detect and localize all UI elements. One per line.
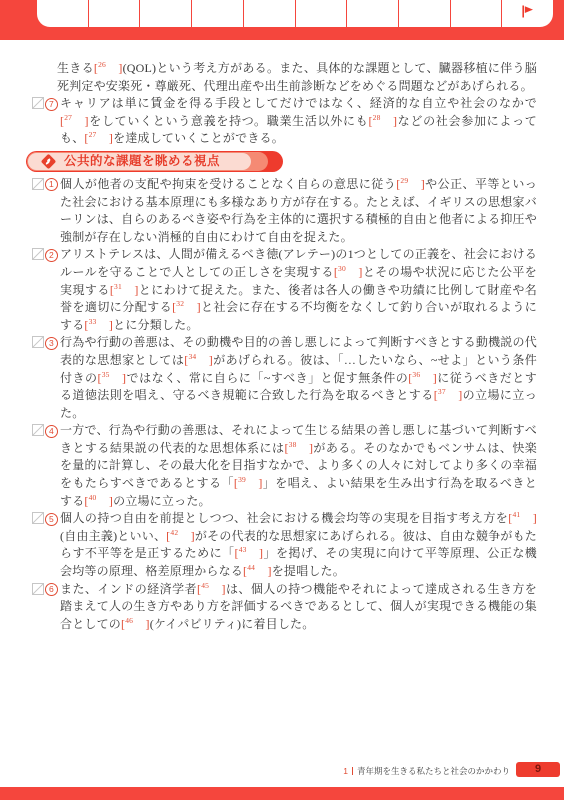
answer-blank: [46 ] — [121, 617, 150, 631]
checkbox-icon[interactable] — [32, 583, 44, 595]
answer-blank: [33 ] — [84, 318, 113, 332]
section-title: 公共的な課題を眺める視点 — [64, 153, 220, 171]
item-number: 5 — [45, 513, 58, 526]
answer-blank: [28 ] — [368, 114, 397, 128]
page-number-tab: 9 — [516, 762, 560, 777]
answer-box — [37, 0, 89, 27]
answer-blank: [41 ] — [508, 511, 537, 525]
checkbox-icon[interactable] — [32, 512, 44, 524]
answer-box — [192, 0, 244, 27]
header-band — [0, 0, 564, 40]
answer-blank: [37 ] — [434, 388, 463, 402]
item-number: 6 — [45, 583, 58, 596]
answer-blank: [39 ] — [234, 476, 263, 490]
answer-blank: [27 ] — [84, 131, 113, 145]
checkbox-icon[interactable] — [32, 178, 44, 190]
answer-box — [296, 0, 348, 27]
answer-blank: [30 ] — [334, 265, 363, 279]
checkbox-icon[interactable] — [32, 97, 44, 109]
answer-box — [244, 0, 296, 27]
item-text: また、インドの経済学者[45 ]は、個人の持つ機能やそれによって達成される生き方… — [60, 582, 537, 631]
content-area: 生きる[26 ](QOL)という考え方がある。また、具体的な課題として、臓器移植… — [32, 60, 537, 633]
list-item: 5 個人の持つ自由を前提としつつ、社会における機会均等の実現を目指す考え方を[4… — [32, 510, 537, 580]
answer-blank: [26 ] — [94, 61, 123, 75]
answer-blank: [32 ] — [172, 300, 201, 314]
item-text: 行為や行動の善悪は、その動機や目的の善し悪しによって判断すべきとする動機説の代表… — [60, 335, 537, 419]
list-item: 1 個人が他者の支配や拘束を受けることなく自らの意思に従う[29 ]や公正、平等… — [32, 176, 537, 246]
answer-blank: [44 ] — [243, 564, 272, 578]
item-number: 7 — [45, 98, 58, 111]
flag-icon — [520, 4, 535, 24]
item-text: 個人の持つ自由を前提としつつ、社会における機会均等の実現を目指す考え方を[41 … — [60, 511, 537, 578]
section-diamond-icon — [41, 154, 57, 170]
chapter-divider — [352, 767, 353, 775]
answer-box — [399, 0, 451, 27]
list-item: 2 アリストテレスは、人間が備えるべき徳(アレテー)の1つとしての正義を、社会に… — [32, 246, 537, 334]
bottom-band — [0, 787, 564, 800]
workbook-page: 生きる[26 ](QOL)という考え方がある。また、具体的な課題として、臓器移植… — [0, 0, 564, 800]
checkbox-icon[interactable] — [32, 424, 44, 436]
answer-blank: [40 ] — [84, 494, 113, 508]
item-number: 3 — [45, 337, 58, 350]
answer-blank: [35 ] — [98, 371, 127, 385]
answer-blank: [31 ] — [110, 283, 139, 297]
list-item: 6 また、インドの経済学者[45 ]は、個人の持つ機能やそれによって達成される生… — [32, 581, 537, 634]
list-item-continued: 生きる[26 ](QOL)という考え方がある。また、具体的な課題として、臓器移植… — [32, 60, 537, 95]
item-number: 2 — [45, 249, 58, 262]
item-text: アリストテレスは、人間が備えるべき徳(アレテー)の1つとしての正義を、社会におけ… — [60, 247, 537, 331]
answer-box-strip — [37, 0, 553, 27]
answer-blank: [34 ] — [184, 353, 213, 367]
answer-blank: [38 ] — [284, 441, 313, 455]
section-banner: 公共的な課題を眺める視点 — [26, 151, 283, 172]
item-text: キャリアは単に賃金を得る手段としてだけではなく、経済的な自立や社会のなかで[27… — [60, 96, 537, 145]
answer-blank: [42 ] — [166, 529, 195, 543]
item-number: 1 — [45, 178, 58, 191]
list-item: 7 キャリアは単に賃金を得る手段としてだけではなく、経済的な自立や社会のなかで[… — [32, 95, 537, 148]
answer-blank: [45 ] — [197, 582, 226, 596]
chapter-number: 1 — [343, 766, 348, 776]
item-text: 一方で、行為や行動の善悪は、それによって生じる結果の善し悪しに基づいて判断すべき… — [60, 423, 537, 507]
answer-box — [502, 0, 553, 27]
answer-blank: [29 ] — [396, 177, 425, 191]
answer-blank: [27 ] — [60, 114, 89, 128]
answer-box — [140, 0, 192, 27]
answer-blank: [36 ] — [408, 371, 437, 385]
item-text: 生きる[26 ](QOL)という考え方がある。また、具体的な課題として、臓器移植… — [57, 61, 537, 93]
item-number: 4 — [45, 425, 58, 438]
footer-chapter: 1 青年期を生きる私たちと社会のかかわり — [343, 765, 510, 777]
answer-box — [89, 0, 141, 27]
item-text: 個人が他者の支配や拘束を受けることなく自らの意思に従う[29 ]や公正、平等とい… — [60, 177, 537, 244]
answer-blank: [43 ] — [235, 546, 264, 560]
list-item: 3 行為や行動の善悪は、その動機や目的の善し悪しによって判断すべきとする動機説の… — [32, 334, 537, 422]
list-item: 4 一方で、行為や行動の善悪は、それによって生じる結果の善し悪しに基づいて判断す… — [32, 422, 537, 510]
answer-box — [347, 0, 399, 27]
answer-box — [451, 0, 503, 27]
checkbox-icon[interactable] — [32, 248, 44, 260]
chapter-title: 青年期を生きる私たちと社会のかかわり — [357, 765, 510, 777]
checkbox-icon[interactable] — [32, 336, 44, 348]
